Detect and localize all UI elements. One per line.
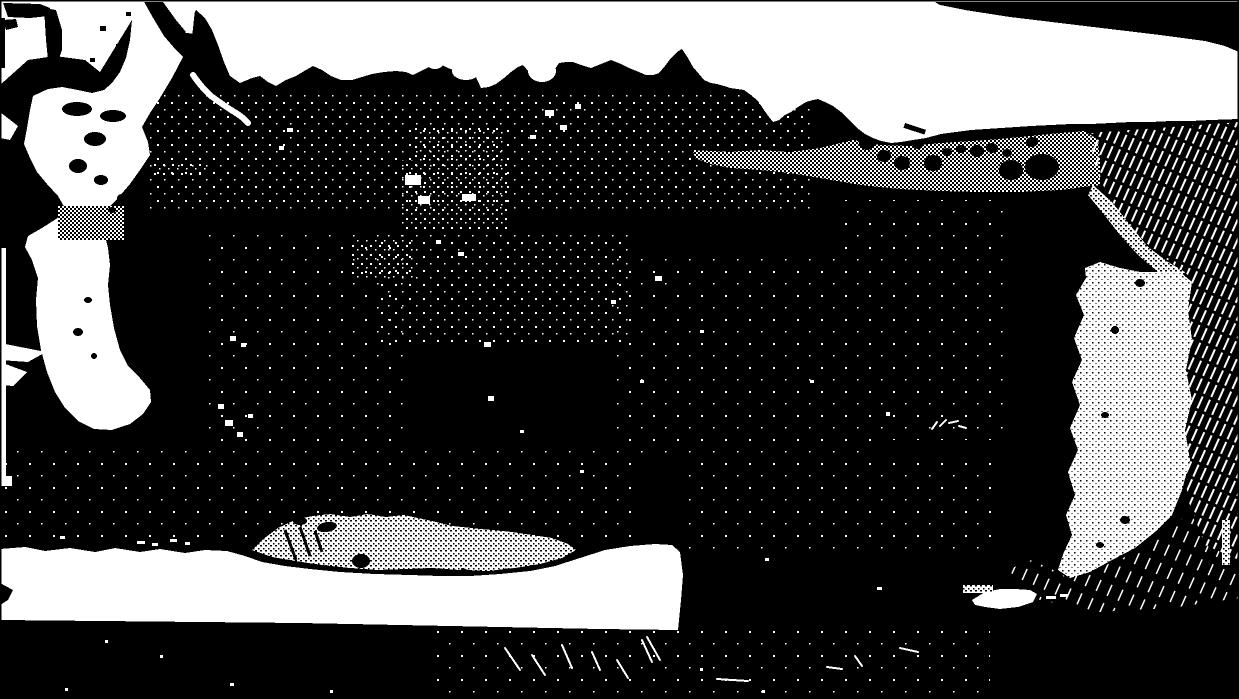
branch-bar <box>3 3 50 18</box>
straw-edge-sliver <box>1222 520 1230 565</box>
photo-stage: Bitonal outdoor photograph <box>0 0 1239 699</box>
stone-fringe <box>963 585 993 593</box>
bitonal-photo: Bitonal outdoor photograph <box>0 0 1239 699</box>
